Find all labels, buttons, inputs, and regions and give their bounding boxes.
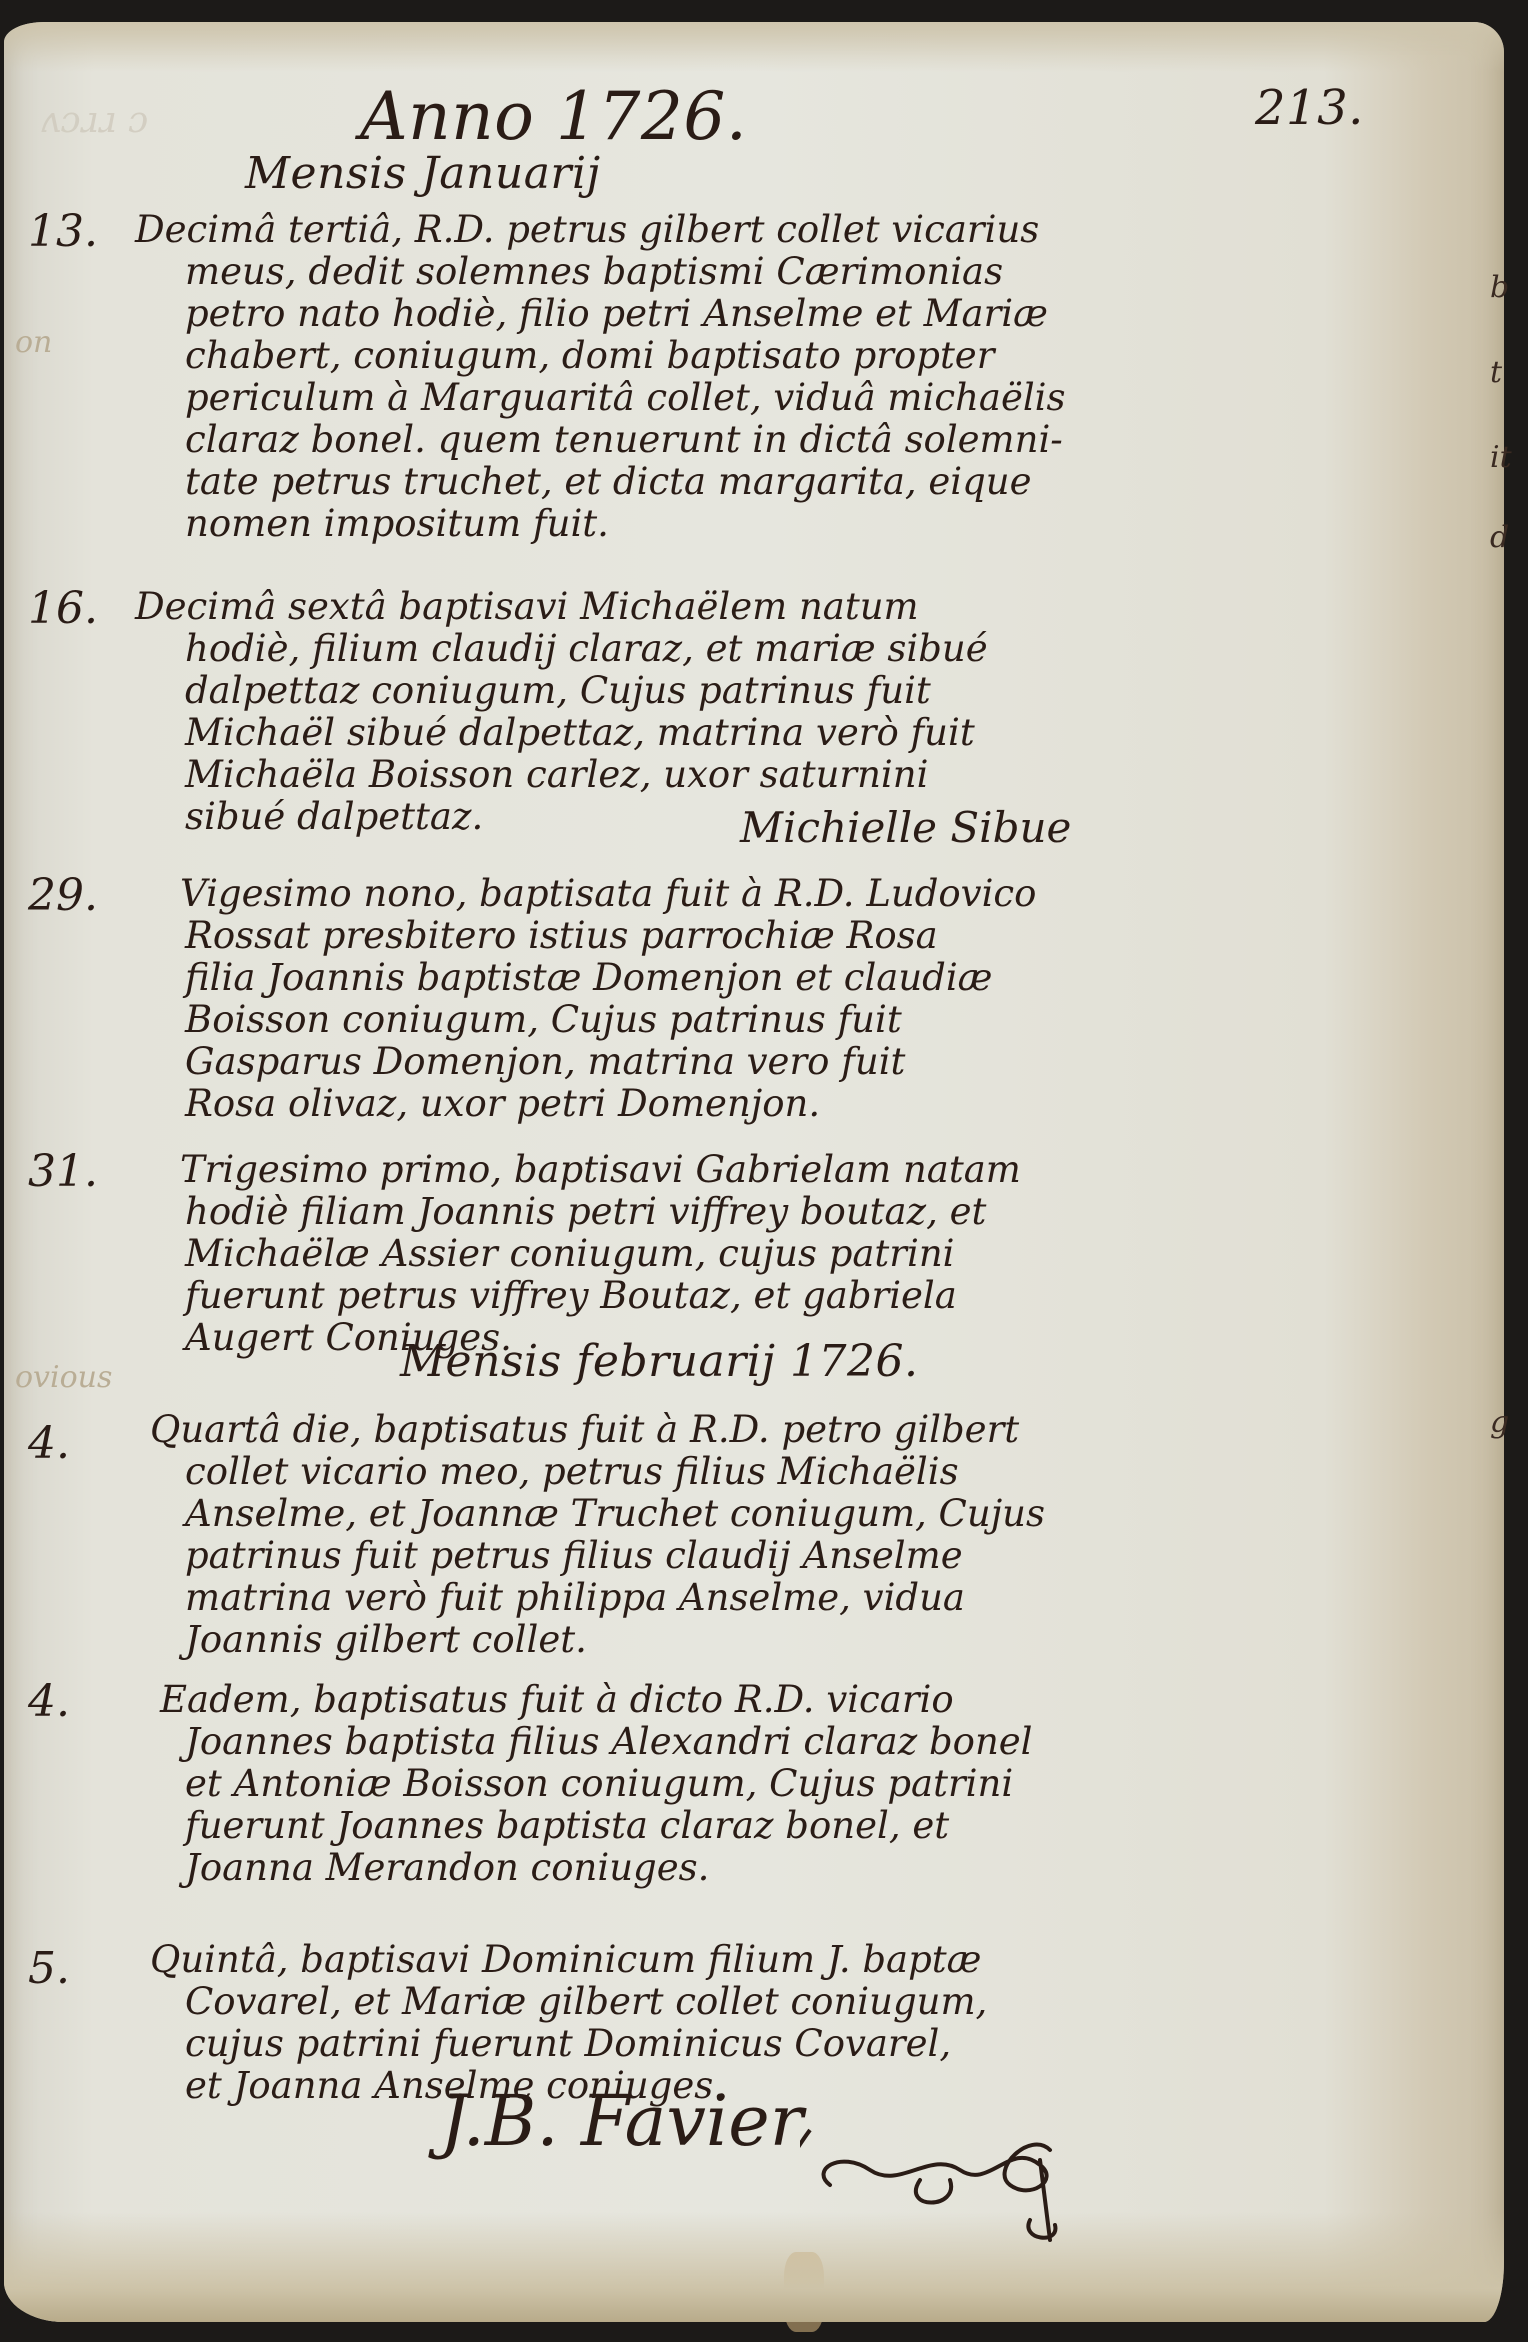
entry-line: Joannes baptista filius Alexandri claraz… <box>185 1720 1033 1763</box>
entry-line: Joannis gilbert collet. <box>185 1618 587 1661</box>
entry-line: Covarel, et Mariæ gilbert collet coniugu… <box>185 1980 987 2023</box>
bleed-through-text: ʌɔɹɹ ɔ <box>40 100 148 141</box>
entry-line: matrina verò fuit philippa Anselme, vidu… <box>185 1576 965 1619</box>
entry-line: nomen impositum fuit. <box>185 502 609 545</box>
entry-line: Quintâ, baptisavi Dominicum filium J. ba… <box>150 1938 981 1981</box>
entry-line: petro nato hodiè, filio petri Anselme et… <box>185 292 1048 335</box>
entry-day: 31. <box>28 1146 98 1197</box>
entry-line: Gasparus Domenjon, matrina vero fuit <box>185 1040 905 1083</box>
entry-line: Joanna Merandon coniuges. <box>185 1846 709 1889</box>
month-heading-february: Mensis februarij 1726. <box>400 1336 918 1387</box>
entry-line: dalpettaz coniugum, Cujus patrinus fuit <box>185 669 931 712</box>
month-heading-january: Mensis Januarij <box>245 148 601 199</box>
entry-line: Michaëlæ Assier coniugum, cujus patrini <box>185 1232 954 1275</box>
entry-line: tate petrus truchet, et dicta margarita,… <box>185 460 1032 503</box>
entry-line: fuerunt Joannes baptista claraz bonel, e… <box>185 1804 949 1847</box>
entry-line: meus, dedit solemnes baptismi Cærimonias <box>185 250 1003 293</box>
entry-line: chabert, coniugum, domi baptisato propte… <box>185 334 994 377</box>
entry-line: Michaëla Boisson carlez, uxor saturnini <box>185 753 928 796</box>
entry-day: 13. <box>28 206 98 257</box>
entry-line: Decimâ tertiâ, R.D. petrus gilbert colle… <box>135 208 1039 251</box>
right-margin-mark: t <box>1490 355 1502 390</box>
right-margin-mark: b <box>1490 270 1509 305</box>
water-stain <box>784 2252 824 2332</box>
entry-line: periculum à Marguaritâ collet, viduâ mic… <box>185 376 1066 419</box>
right-margin-mark: d <box>1490 520 1509 555</box>
entry-day: 4. <box>28 1676 70 1727</box>
entry-day: 5. <box>28 1943 70 1994</box>
page-heading: Anno 1726. <box>360 78 747 155</box>
entry-line: Boisson coniugum, Cujus patrinus fuit <box>185 998 902 1041</box>
entry-line: Anselme, et Joannæ Truchet coniugum, Cuj… <box>185 1492 1045 1535</box>
entry-line: filia Joannis baptistæ Domenjon et claud… <box>185 956 992 999</box>
entry-line: Decimâ sextâ baptisavi Michaëlem natum <box>135 585 919 628</box>
page-number: 213. <box>1255 80 1364 136</box>
signature-flourish-icon <box>800 2110 1120 2250</box>
entry-line: patrinus fuit petrus filius claudij Anse… <box>185 1534 963 1577</box>
entry-line: Rossat presbitero istius parrochiæ Rosa <box>185 914 938 957</box>
entry-day: 4. <box>28 1418 70 1469</box>
entry-line: et Antoniæ Boisson coniugum, Cujus patri… <box>185 1762 1013 1805</box>
entry-line: Michaël sibué dalpettaz, matrina verò fu… <box>185 711 975 754</box>
entry-line: Rosa olivaz, uxor petri Domenjon. <box>185 1082 820 1125</box>
godparent-signature: Michielle Sibue <box>740 803 1071 852</box>
entry-line: cujus patrini fuerunt Dominicus Covarel, <box>185 2022 951 2065</box>
entry-line: sibué dalpettaz. <box>185 795 483 838</box>
entry-line: Quartâ die, baptisatus fuit à R.D. petro… <box>150 1408 1019 1451</box>
right-margin-mark: it <box>1490 440 1512 475</box>
entry-line: hodiè, filium claudij claraz, et mariæ s… <box>185 627 988 670</box>
entry-line: Trigesimo primo, baptisavi Gabrielam nat… <box>180 1148 1021 1191</box>
entry-line: claraz bonel. quem tenuerunt in dictâ so… <box>185 418 1063 461</box>
priest-signature: J.B. Favier <box>440 2080 803 2162</box>
scanned-register-page: ʌɔɹɹ ɔ ovious on Anno 1726. 213. Mensis … <box>0 0 1528 2342</box>
left-margin-bleed: ovious <box>15 1360 112 1395</box>
entry-line: collet vicario meo, petrus filius Michaë… <box>185 1450 959 1493</box>
entry-day: 16. <box>28 583 98 634</box>
entry-line: Vigesimo nono, baptisata fuit à R.D. Lud… <box>180 872 1036 915</box>
right-margin-mark: g <box>1490 1405 1509 1440</box>
entry-line: Eadem, baptisatus fuit à dicto R.D. vica… <box>160 1678 954 1721</box>
entry-day: 29. <box>28 870 98 921</box>
entry-line: hodiè filiam Joannis petri viffrey bouta… <box>185 1190 986 1233</box>
entry-line: fuerunt petrus viffrey Boutaz, et gabrie… <box>185 1274 957 1317</box>
left-margin-bleed: on <box>15 325 52 360</box>
